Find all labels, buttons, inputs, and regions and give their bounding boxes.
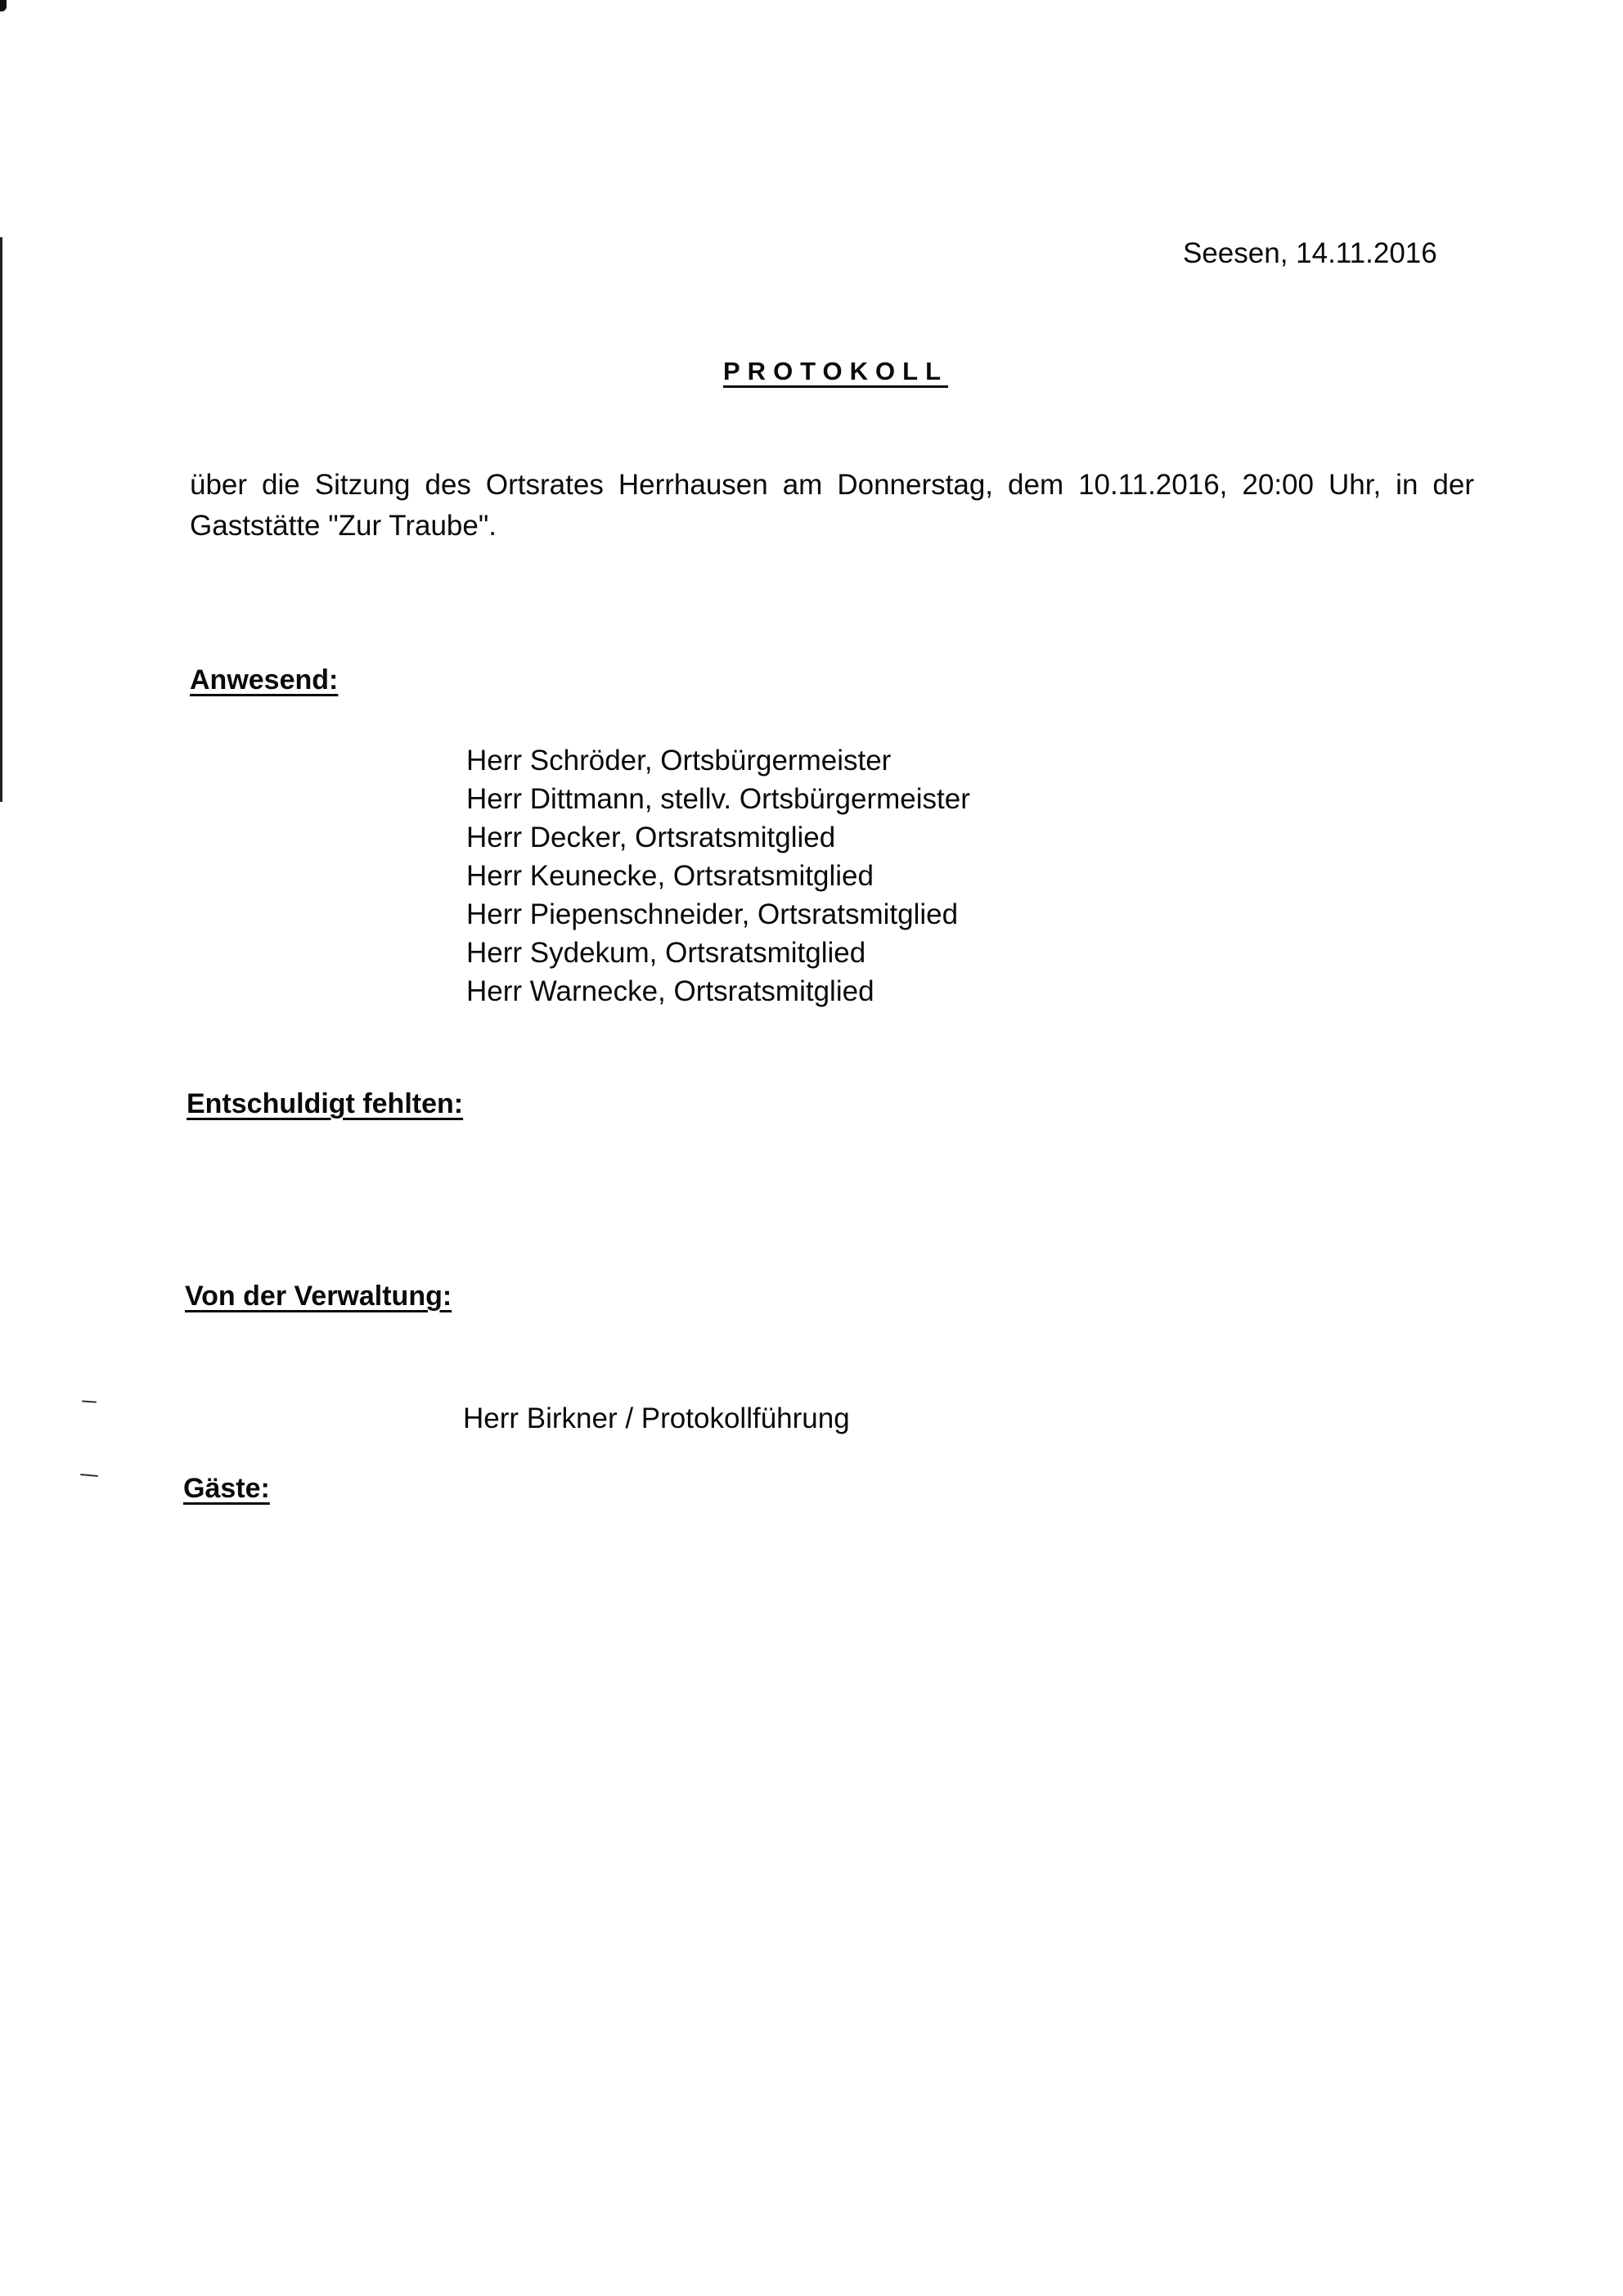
scan-artifact-mark xyxy=(82,1400,97,1402)
attendee-list: Herr Schröder, Ortsbürgermeister Herr Di… xyxy=(466,741,970,1011)
meeting-intro: über die Sitzung des Ortsrates Herrhause… xyxy=(190,465,1474,547)
attendee-entry: Herr Schröder, Ortsbürgermeister xyxy=(466,741,970,780)
attendee-entry: Herr Warnecke, Ortsratsmitglied xyxy=(466,972,970,1011)
attendee-entry: Herr Sydekum, Ortsratsmitglied xyxy=(466,934,970,972)
attendee-entry: Herr Dittmann, stellv. Ortsbürgermeister xyxy=(466,780,970,818)
heading-present: Anwesend: xyxy=(190,664,338,696)
scan-artifact-corner xyxy=(0,0,7,11)
place-and-date: Seesen, 14.11.2016 xyxy=(1183,237,1437,270)
scan-artifact-edge xyxy=(0,237,2,802)
attendee-entry: Herr Piepenschneider, Ortsratsmitglied xyxy=(466,895,970,934)
attendee-entry: Herr Keunecke, Ortsratsmitglied xyxy=(466,857,970,895)
scan-artifact-mark xyxy=(80,1474,98,1477)
scanned-page: Seesen, 14.11.2016 PROTOKOLL über die Si… xyxy=(0,0,1623,2296)
heading-excused: Entschuldigt fehlten: xyxy=(187,1088,463,1120)
attendee-entry: Herr Decker, Ortsratsmitglied xyxy=(466,818,970,857)
document-title: PROTOKOLL xyxy=(723,357,948,386)
heading-guests: Gäste: xyxy=(183,1473,270,1505)
heading-administration: Von der Verwaltung: xyxy=(185,1281,452,1312)
administration-entry: Herr Birkner / Protokollführung xyxy=(463,1402,850,1435)
